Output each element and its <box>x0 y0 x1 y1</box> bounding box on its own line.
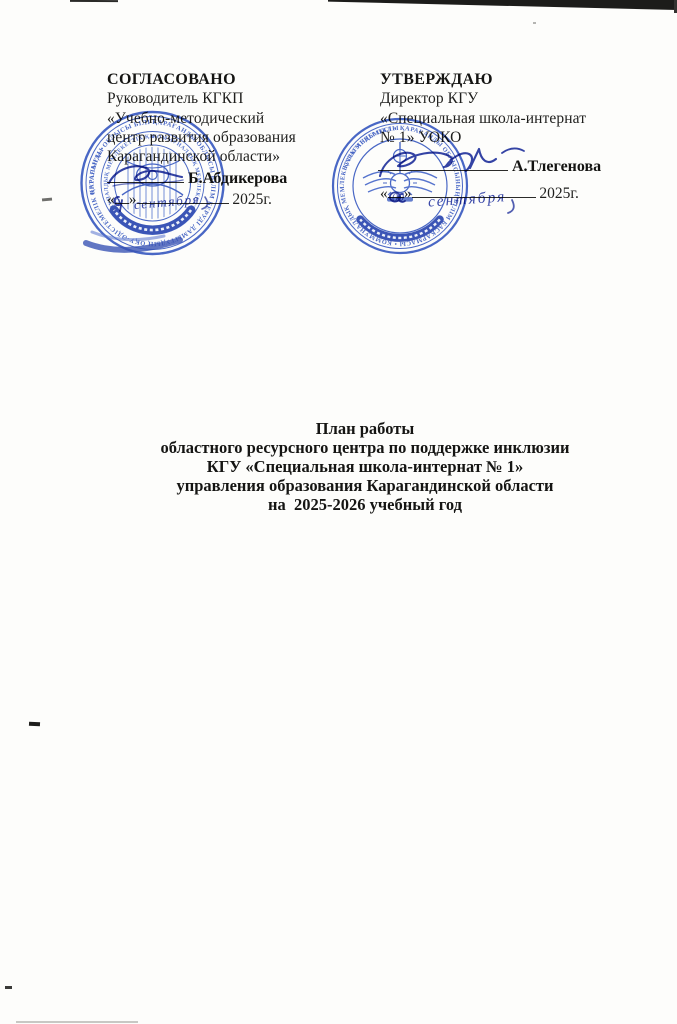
title-line: на 2025-2026 учебный год <box>60 495 670 514</box>
signature-left-handwriting <box>109 166 182 183</box>
scan-artifact <box>70 0 118 2</box>
date-month-right-handwriting: сентября <box>427 188 506 210</box>
signature-right-handwriting <box>380 153 452 176</box>
date-month-right-flourish <box>508 200 514 213</box>
signature-right-handwriting <box>502 148 524 153</box>
date-month-left-handwriting: сентября <box>133 191 200 212</box>
scanned-document-page: { "document": { "approved_left": { "head… <box>0 0 677 1024</box>
title-line: областного ресурсного центра по поддержк… <box>60 438 670 457</box>
title-line: План работы <box>60 419 670 438</box>
scan-artifact <box>16 1021 138 1023</box>
document-title: План работы областного ресурсного центра… <box>60 419 670 514</box>
scan-artifact <box>5 986 12 989</box>
handwriting-layer: сентября сентября 9 09 <box>0 0 677 270</box>
signature-left-handwriting <box>113 180 183 186</box>
scan-artifact <box>29 722 40 727</box>
date-month-left-flourish <box>202 197 207 209</box>
signature-right-handwriting <box>470 149 496 168</box>
title-line: управления образования Карагандинской об… <box>60 476 670 495</box>
date-day-right-digit: 09 <box>392 190 404 204</box>
title-line: КГУ «Специальная школа-интернат № 1» <box>60 457 670 476</box>
scan-artifact <box>533 22 536 24</box>
date-day-left-digit: 9 <box>114 195 120 209</box>
